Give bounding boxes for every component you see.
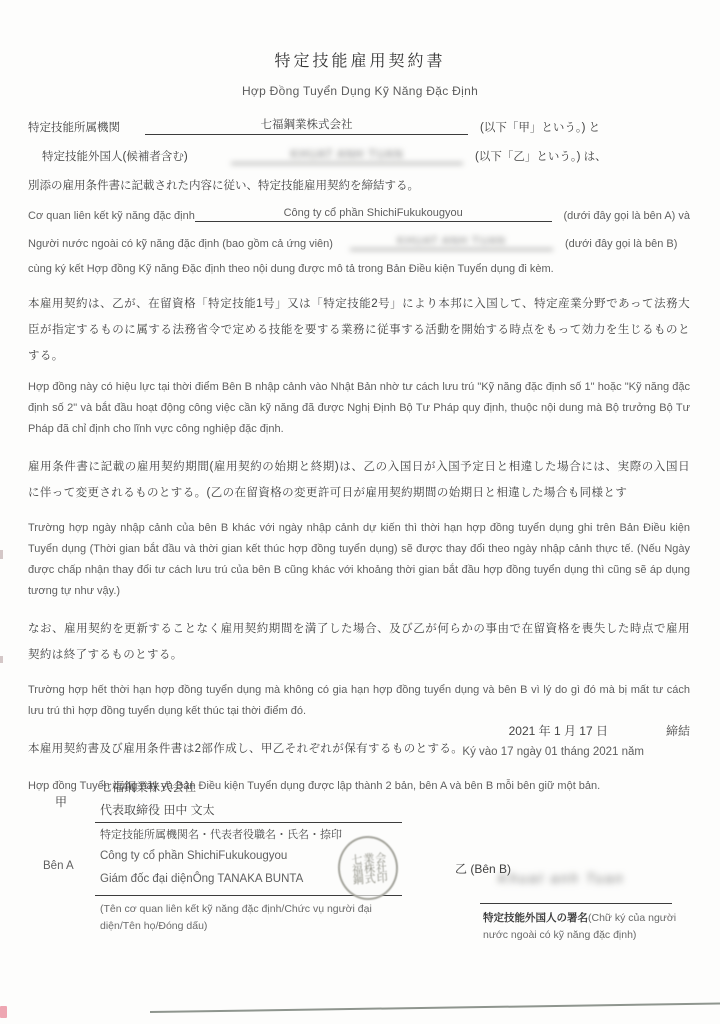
scan-paper-edge-artifact [150,1002,720,1013]
party-b-signature-line [480,903,672,904]
document-title-vn: Hợp Đồng Tuyển Dụng Kỹ Năng Đặc Định [0,84,720,98]
contract-date-line-vn: Ký vào 17 ngày 01 tháng 2021 năm [0,746,644,758]
seal-text-col: 七福鋼 [349,853,362,884]
signature-section: 甲 七福鋼業株式会社 代表取締役 田中 文太 特定技能所属機関名・代表者役職名・… [0,770,720,980]
worker-field-row-vn: Người nước ngoài có kỹ năng đặc định (ba… [28,235,690,250]
party-a-representative-jp: 代表取締役 田中 文太 [100,801,215,818]
contract-date-jp: 2021 年 1 月 17 日 [509,724,608,738]
intro-sentence-jp: 別添の雇用条件書に記載された内容に従い、特定技能雇用契約を締結する。 [28,177,690,193]
org-field-row-jp: 特定技能所属機関 七福鋼業株式会社 (以下「甲」という。) と [28,116,690,135]
party-b-signature-redacted: Khuat anh Tuan [498,870,625,886]
scan-edge-smudge [0,656,3,663]
party-a-caption-jp: 特定技能所属機関名・代表者役職名・氏名・捺印 [100,826,342,842]
seal-text-col: 会社印 [373,852,386,883]
party-b-caption-jp: 特定技能外国人の署名 [483,912,588,924]
clause-effectivity-vn: Hợp đồng này có hiệu lực tại thời điểm B… [28,377,690,440]
scan-edge-mark [0,1006,7,1018]
party-b-designation-jp: (以下「乙」という。) は、 [475,148,607,164]
worker-label-vn: Người nước ngoài có kỹ năng đặc định (ba… [28,238,350,250]
clause-period-jp: 雇用条件書に記載の雇用契約期間(雇用契約の始期と終期)は、乙の入国日が入国予定日… [28,454,690,506]
scanned-contract-page: 特定技能雇用契約書 Hợp Đồng Tuyển Dụng Kỹ Năng Đặ… [0,0,720,1024]
party-a-designation-jp: (以下「甲」という。) と [480,119,600,135]
company-seal-stamp: 七福鋼 業株式 会社印 [336,834,400,902]
party-a-designation-vn: (dưới đây gọi là bên A) và [564,210,690,222]
party-a-representative-vn: Giám đốc đại diệnÔng TANAKA BUNTA [100,873,303,885]
clause-effectivity-jp: 本雇用契約は、乙が、在留資格「特定技能1号」又は「特定技能2号」により本邦に入国… [28,291,690,369]
worker-name-redacted-vn: KHUAT ANH TUAN [350,235,553,250]
party-a-company-vn: Công ty cổ phần ShichiFukukougyou [100,850,287,862]
party-a-signature-line [95,822,402,823]
org-name-value-jp: 七福鋼業株式会社 [145,116,468,135]
org-field-row-vn: Cơ quan liên kết kỹ năng đặc định Công t… [28,207,690,222]
conclude-label-jp: 締結 [666,724,690,738]
worker-field-row-jp: 特定技能外国人(候補者含む) KHUAT ANH TUAN (以下「乙」という。… [28,148,690,164]
clause-termination-jp: なお、雇用契約を更新することなく雇用契約期間を満了した場合、及び乙が何らかの事由… [28,616,690,668]
party-identification-block: 特定技能所属機関 七福鋼業株式会社 (以下「甲」という。) と 特定技能外国人(… [28,116,690,275]
party-b-caption: 特定技能外国人の署名(Chữ ký của người nước ngoài c… [483,910,683,945]
worker-name-redacted: KHUAT ANH TUAN [231,149,463,164]
contract-date-line-jp: 2021 年 1 月 17 日締結 [0,722,690,739]
clause-termination-vn: Trường hợp hết thời hạn hợp đồng tuyển d… [28,680,690,722]
party-a-company-jp: 七福鋼業株式会社 [100,778,196,795]
party-a-caption-vn: (Tên cơ quan liên kết kỹ năng đặc định/C… [100,901,412,936]
party-b-designation-vn: (dưới đây gọi là bên B) [565,238,677,250]
party-a-label-vn: Bên A [43,860,74,872]
worker-label-jp: 特定技能外国人(候補者含む) [42,148,231,164]
org-label-vn: Cơ quan liên kết kỹ năng đặc định [28,210,195,222]
party-a-label-jp: 甲 [55,793,67,810]
org-name-value-vn: Công ty cổ phần ShichiFukukougyou [195,207,552,222]
document-title-jp: 特定技能雇用契約書 [0,48,720,71]
scan-edge-smudge [0,550,3,559]
org-label-jp: 特定技能所属機関 [28,119,145,135]
clause-period-vn: Trường hợp ngày nhập cảnh của bên B khác… [28,518,690,602]
seal-text-col: 業株式 [361,853,374,884]
intro-sentence-vn: cùng ký kết Hợp đồng Kỹ năng Đặc định th… [28,263,690,275]
